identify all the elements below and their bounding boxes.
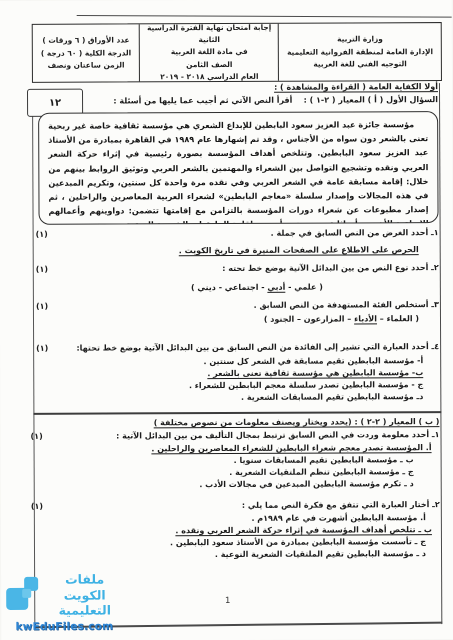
logo-square-mid: [22, 589, 31, 598]
header-cell-exam: إجابة امتحان نهاية الفترة الدراسية الثان…: [139, 24, 278, 82]
section-divider: [33, 411, 441, 414]
part-b-title: ( ب ) المعيار ( ٢-٢ ) : (يحدد ويختار ويص…: [154, 417, 440, 427]
exam-sheet: وزارة التربية الإدارة العامة لمنطقة الفر…: [0, 0, 453, 640]
ministry-line-3: التوجيه الفني للغة العربية: [313, 58, 406, 70]
competency-title: أولا الكفاية العامة ( القراءة والمشاهدة …: [274, 82, 438, 92]
watermark-text: ملفات الكويت التعليمية: [46, 571, 123, 618]
question-a3-options-pre: ( العلماء –: [377, 314, 419, 323]
question-a4: ٤ـ أحدد العبارة التي تشير إلى الفائدة من…: [76, 342, 439, 353]
question-a1: ١ـ أحدد الغرض من النص السابق في جملة .: [271, 228, 439, 238]
question-a3-options: ( العلماء – الأدباء – المزارعون – الجنود…: [264, 314, 419, 324]
question-a2-text: ٢ـ أحدد نوع النص من بين البدائل الآتية ب…: [222, 263, 439, 273]
question-a1-answer-text: الحرص على الاطلاع على الصفحات المنيرة في…: [179, 245, 419, 255]
watermark-url: kwEduFiles.com: [5, 620, 123, 633]
exam-line-3: الصف الثامن: [186, 59, 232, 71]
page-frame-right: [439, 83, 443, 624]
question-a1-text: ١ـ أحدد الغرض من النص السابق في جملة .: [271, 228, 439, 238]
question-a4-text: ٤ـ أحدد العبارة التي تشير إلى الفائدة من…: [76, 342, 439, 353]
exam-line-4: العام الدراسي ٢٠١٨ - ٢٠١٩: [160, 71, 258, 83]
question-b2-mark: (١): [31, 502, 43, 511]
question-a4-mark: (١): [36, 344, 48, 353]
question-b2-option-a: أ. مؤسسة البابطين أشهرت في عام ١٩٨٩م .: [251, 513, 425, 523]
question-a3-options-post: – المزارعون – الجنود ): [264, 314, 354, 323]
question-b1: ١ـ أحدد معلومة وردت في النص السابق ترتبط…: [116, 430, 439, 440]
question-intro: السؤال الأول ( أ ) المعيار ( ٢-١ ) : أقر…: [113, 95, 438, 105]
watermark: ملفات الكويت التعليمية kwEduFiles.com: [5, 571, 123, 632]
question-b1-option-d: د ـ تكرم مؤسسة البابطين المبدعين في مجال…: [199, 479, 413, 489]
question-a4-option-c: ج - مؤسسة البابطين تصدر سلسلة معجم الباب…: [189, 380, 423, 390]
info-line-2: الدرجة الكلية ( ٦٠ درجة ): [41, 47, 131, 59]
competency-title-text: أولا الكفاية العامة ( القراءة والمشاهدة …: [274, 82, 438, 92]
header-cell-info: عدد الأوراق ( ٦ ورقات ) الدرجة الكلية ( …: [33, 24, 140, 81]
ministry-line-2: الإدارة العامة لمنطقة الفروانية التعليمي…: [287, 46, 433, 58]
question-b2-option-c: ج ـ تأسست مؤسسة البابطين بمبادرة من الأس…: [170, 537, 426, 547]
question-a3-text: ٣ـ أستخلص الفئة المستهدفة من النص السابق…: [254, 300, 439, 310]
question-a2-options-post: - اجتماعي - ديني ): [191, 283, 267, 292]
question-a4-option-b-answer: ب- مؤسسة البابطين هي مؤسسة ثقافية تعنى ب…: [207, 368, 423, 378]
watermark-line-1: ملفات الكويت: [46, 571, 123, 603]
question-b1-option-a-answer: أ. المؤسسة تصدر معجم شعراء البابطين للشع…: [151, 443, 431, 453]
watermark-line-2: التعليمية: [46, 603, 123, 619]
question-a3-mark: (١): [36, 302, 48, 311]
question-b1-option-c: ج ـ مؤسسة البابطين تنظم الملتقيات الشعري…: [229, 467, 413, 477]
header-cell-ministry: وزارة التربية الإدارة العامة لمنطقة الفر…: [278, 23, 441, 81]
exam-line-1: إجابة امتحان نهاية الفترة الدراسية الثان…: [142, 22, 276, 46]
question-b1-mark: (١): [30, 432, 42, 441]
exam-line-2: في مادة اللغة العربية: [171, 46, 248, 58]
question-a4-option-d: دـ مؤسسة البابطين تقيم المسابقات الشعرية…: [241, 392, 423, 402]
question-b2-text: ٢ـ أختار العبارة التي تتفق مع فكرة النص …: [242, 500, 440, 510]
question-intro-instruction: أقرأ النص الآتي ثم أجيب عما يليها من أسئ…: [113, 96, 292, 106]
info-line-1: عدد الأوراق ( ٦ ورقات ): [42, 35, 129, 47]
question-a2-options: ( علمي - أدبي - اجتماعي - ديني ): [191, 283, 323, 293]
part-b-title-text: ( ب ) المعيار ( ٢-٢ ) : (يحدد ويختار ويص…: [154, 417, 440, 427]
question-a2: ٢ـ أحدد نوع النص من بين البدائل الآتية ب…: [222, 263, 439, 273]
question-b2: ٢ـ أختار العبارة التي تتفق مع فكرة النص …: [242, 500, 440, 510]
question-b1-text: ١ـ أحدد معلومة وردت في النص السابق ترتبط…: [116, 430, 439, 440]
ministry-line-1: وزارة التربية: [337, 34, 383, 46]
info-line-3: الزمن ساعتان ونصف: [48, 60, 125, 72]
question-a2-options-pre: ( علمي -: [285, 283, 323, 292]
question-b2-option-b-answer: ب ـ تتلخص أهداف المؤسسة في إثراء حركة ال…: [175, 525, 432, 535]
question-a1-answer: الحرص على الاطلاع على الصفحات المنيرة في…: [179, 245, 419, 255]
question-a4-option-a: أ- مؤسسة البابطين تقيم مسابقة في الشعر ك…: [204, 356, 424, 366]
kwedufiles-logo-icon: [5, 575, 41, 615]
question-b2-option-d: د ـ مؤسسة البابطين تقيم الملتقيات الشعري…: [215, 549, 426, 559]
question-a3-answer: الأدباء: [354, 314, 377, 323]
question-a2-mark: (١): [36, 265, 48, 274]
reading-passage: مؤسسة جائزة عبد العزيز سعود البابطين للإ…: [38, 111, 438, 225]
header-table: وزارة التربية الإدارة العامة لمنطقة الفر…: [32, 22, 442, 83]
page-frame-left: [32, 101, 35, 626]
question-b1-option-b: ب ـ مؤسسة البابطين تقيم المسابقات سنويا …: [234, 455, 414, 465]
question-a3: ٣ـ أستخلص الفئة المستهدفة من النص السابق…: [254, 300, 439, 310]
question-intro-label: السؤال الأول ( أ ) المعيار ( ٢-١ ) :: [304, 95, 438, 105]
question-a2-answer: أدبي: [267, 283, 285, 292]
top-rule: [77, 15, 452, 18]
question-a1-mark: (١): [36, 230, 48, 239]
